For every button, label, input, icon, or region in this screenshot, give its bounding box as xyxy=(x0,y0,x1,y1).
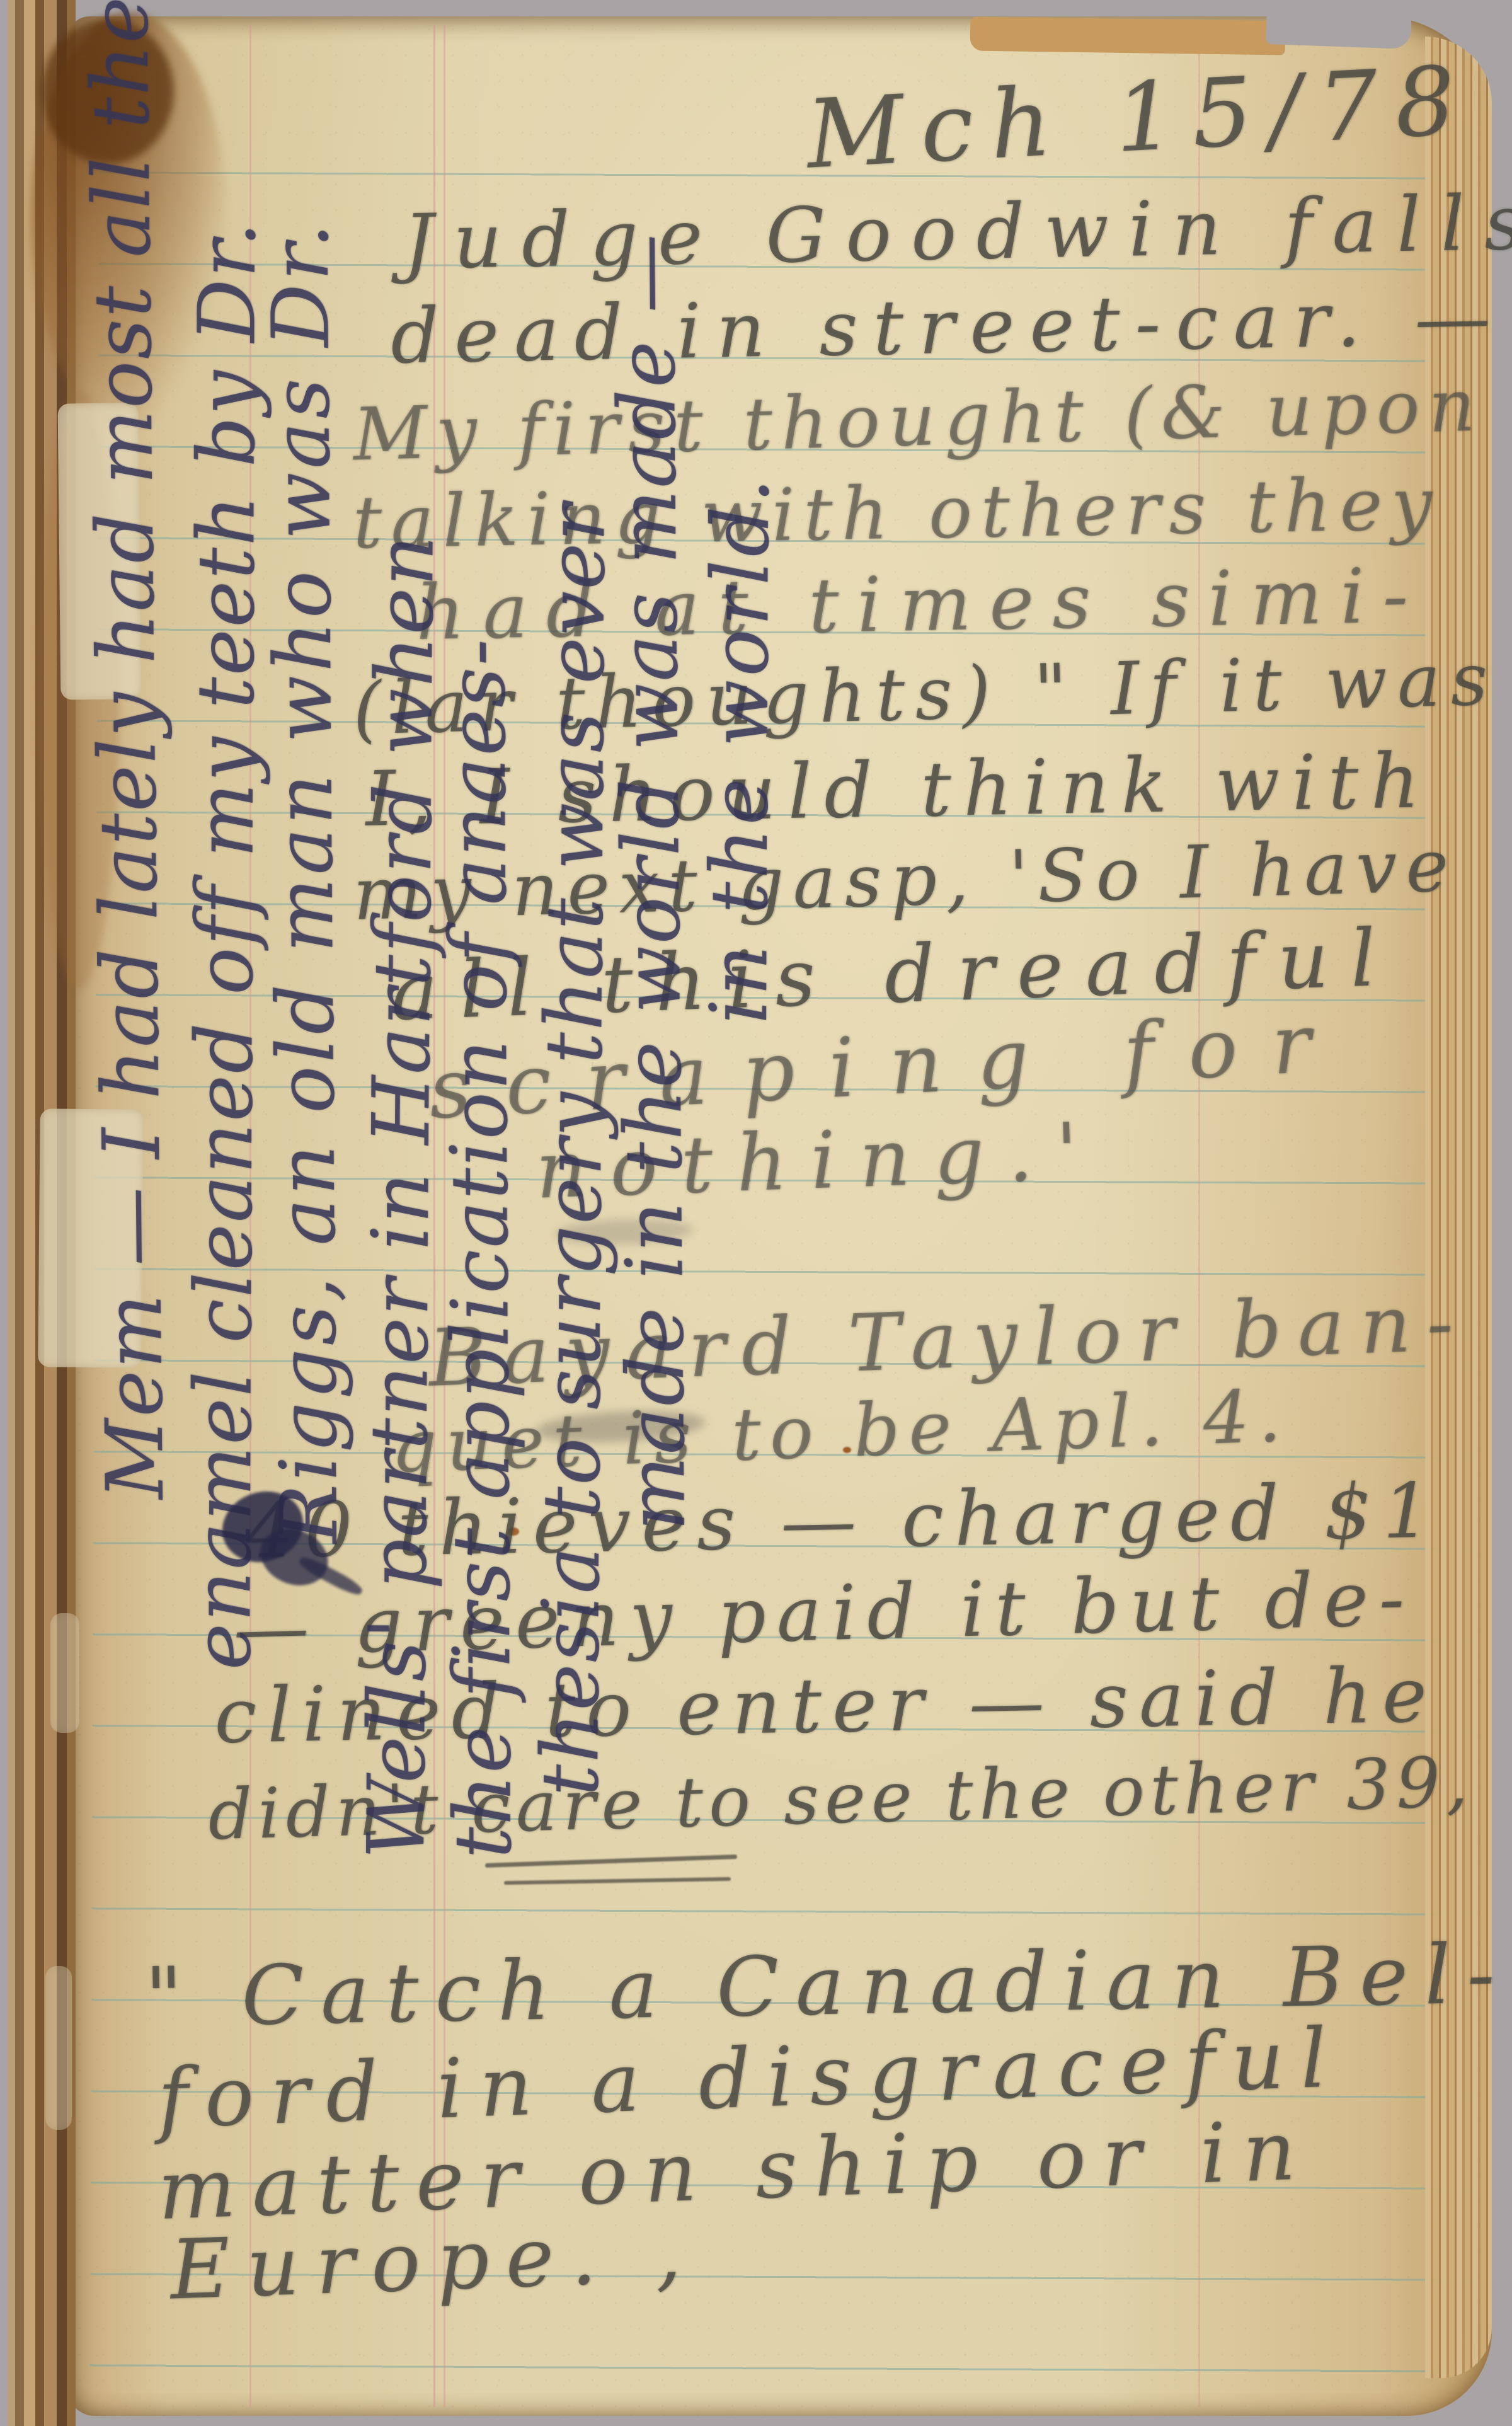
torn-paper-bit xyxy=(45,1966,72,2130)
torn-paper-bit xyxy=(50,1613,79,1733)
entry-line: Europe. , xyxy=(169,2204,699,2318)
margin-note-line: Mem — I had lately had most all the xyxy=(79,0,177,1500)
margin-note-line: Riggs, an old man who was Dr. xyxy=(259,220,351,1544)
margin-note-line: in the world. xyxy=(698,475,782,1025)
torn-edge-notch xyxy=(1266,8,1412,49)
torn-edge-chip xyxy=(970,17,1286,55)
entry-line: I, I should think with xyxy=(365,737,1432,844)
scanned-notebook-photo: Mch 15/78 Judge Goodwin falls dead in st… xyxy=(0,0,1512,2426)
margin-note-line: made in the world was made — xyxy=(605,233,699,1531)
margin-note-line: the first application of anaes- xyxy=(436,637,525,1859)
